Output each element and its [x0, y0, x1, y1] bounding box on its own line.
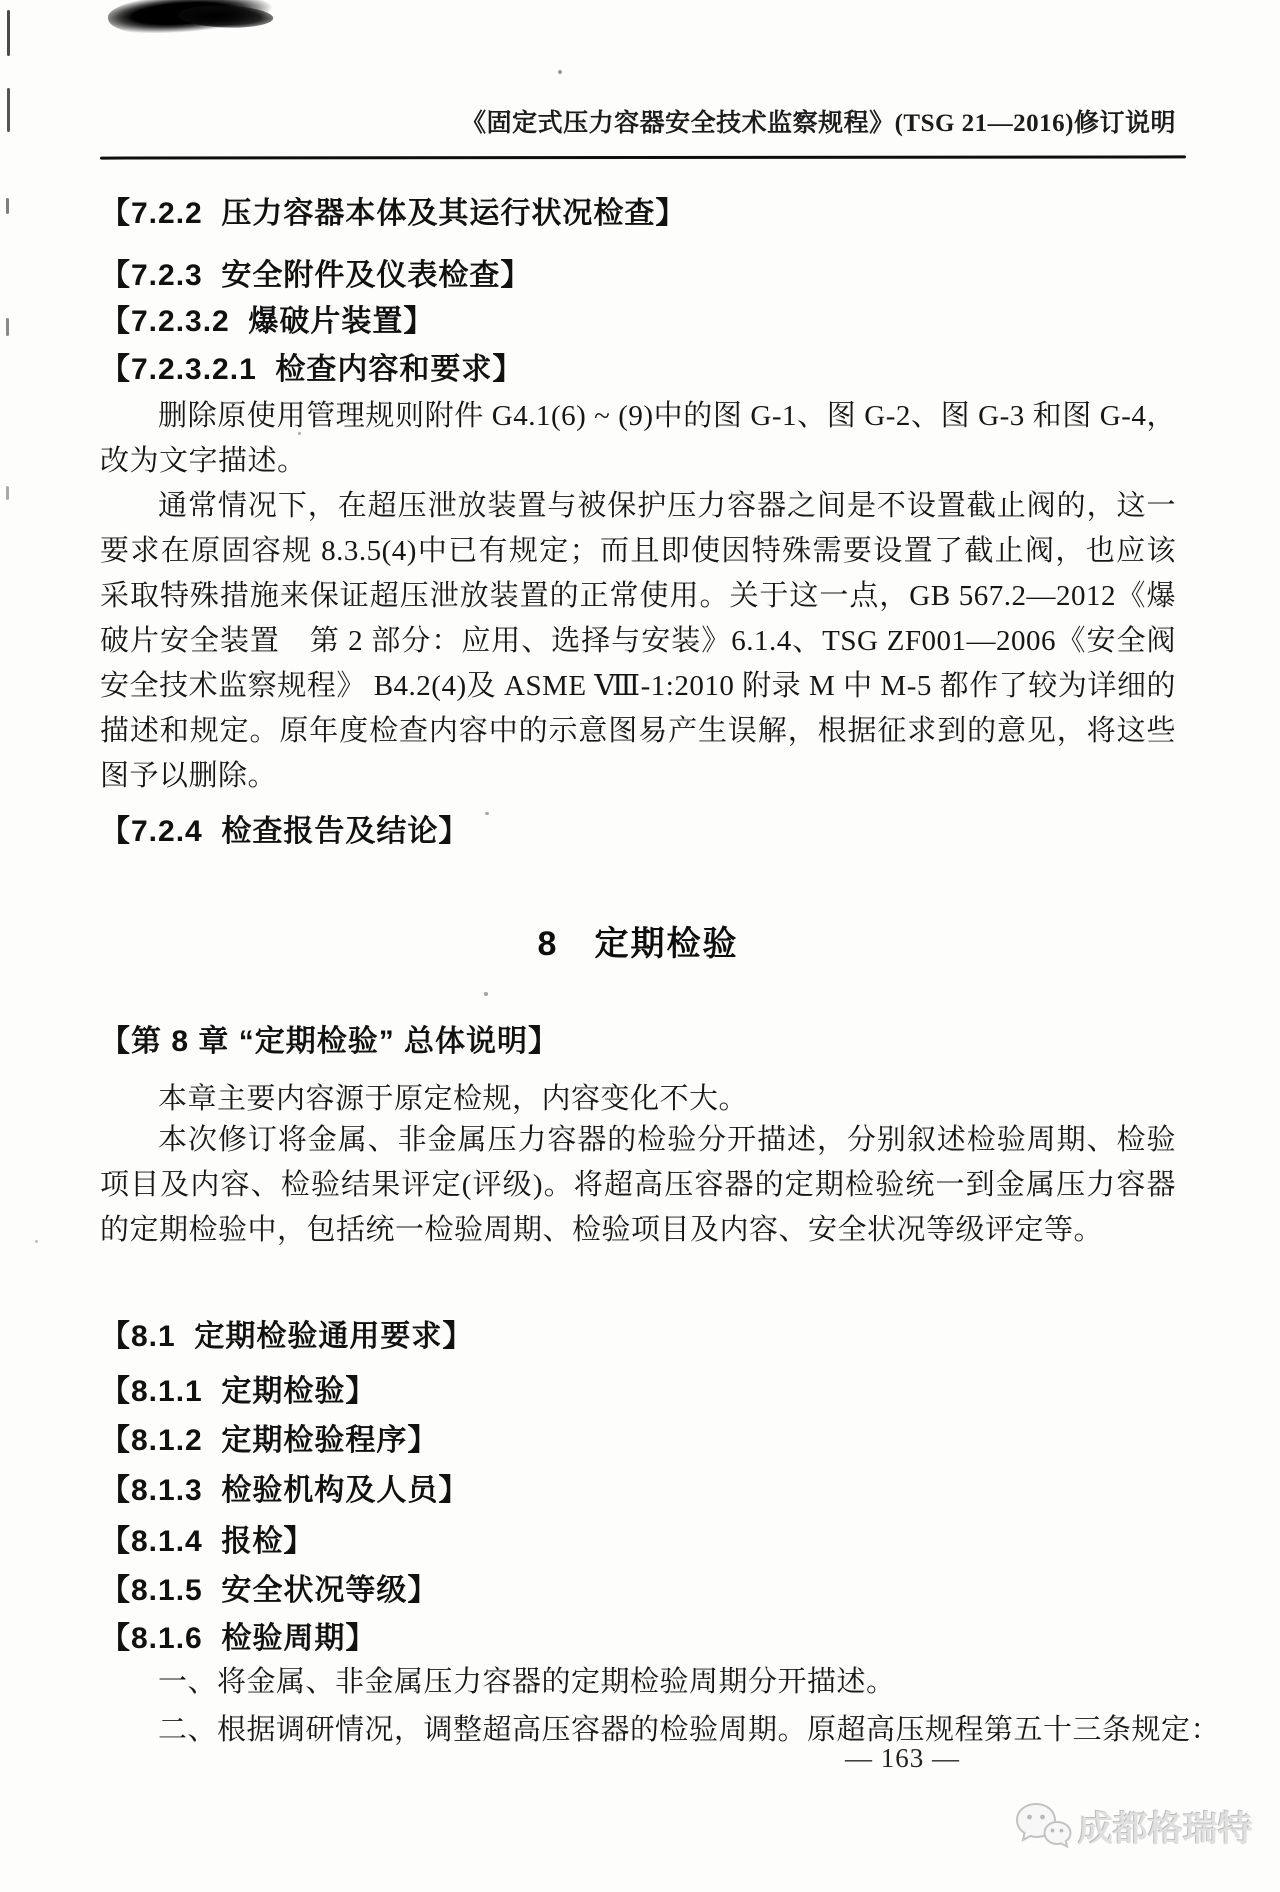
heading-8-1-6: 【8.1.6 检验周期】 [100, 1613, 376, 1657]
scan-tick [6, 486, 9, 500]
page-header-title: 《固定式压力容器安全技术监察规程》(TSG 21—2016)修订说明 [100, 103, 1184, 139]
scan-smudge [107, 0, 275, 42]
heading-7-2-2: 【7.2.2 压力容器本体及其运行状况检查】 [100, 188, 686, 232]
scan-speck [484, 992, 488, 996]
list-item-2: 二、根据调研情况，调整超高压容器的检验周期。原超高压规程第五十三条规定： [100, 1708, 1220, 1753]
header-divider [100, 155, 1186, 159]
wechat-icon [1014, 1800, 1072, 1854]
heading-8-1: 【8.1 定期检验通用要求】 [100, 1311, 473, 1355]
heading-8-1-2: 【8.1.2 定期检验程序】 [100, 1415, 438, 1459]
heading-7-2-3-2: 【7.2.3.2 爆破片装置】 [100, 296, 434, 340]
heading-chapter-8-overview: 【第 8 章 “定期检验” 总体说明】 [100, 1016, 559, 1060]
scanned-page: 《固定式压力容器安全技术监察规程》(TSG 21—2016)修订说明 【7.2.… [0, 0, 1280, 1892]
paragraph-chapter-source: 本章主要内容源于原定检规，内容变化不大。 [100, 1077, 1176, 1122]
heading-8-1-5: 【8.1.5 安全状况等级】 [100, 1565, 438, 1609]
heading-7-2-4: 【7.2.4 检查报告及结论】 [100, 806, 469, 850]
list-item-1: 一、将金属、非金属压力容器的定期检验周期分开描述。 [100, 1660, 896, 1705]
page-number: — 163 — [845, 1743, 960, 1774]
scan-smudge-blob [178, 4, 274, 29]
chapter-8-title: 8 定期检验 [100, 916, 1176, 965]
scan-speck [485, 812, 489, 815]
heading-8-1-3: 【8.1.3 检验机构及人员】 [100, 1465, 469, 1509]
watermark-text: 成都格瑞特 [1078, 1802, 1253, 1852]
scan-tick [6, 318, 9, 336]
heading-8-1-1: 【8.1.1 定期检验】 [100, 1366, 376, 1410]
heading-8-1-4: 【8.1.4 报检】 [100, 1516, 314, 1560]
scan-tick [6, 198, 9, 214]
scan-speck [35, 1240, 38, 1243]
watermark: 成都格瑞特 [1014, 1800, 1253, 1854]
scan-tick [7, 88, 10, 132]
paragraph-delete-figures: 删除原使用管理规则附件 G4.1(6) ~ (9)中的图 G-1、图 G-2、图… [100, 394, 1176, 484]
paragraph-stop-valve: 通常情况下，在超压泄放装置与被保护压力容器之间是不设置截止阀的，这一要求在原固容… [100, 484, 1176, 799]
heading-7-2-3: 【7.2.3 安全附件及仪表检查】 [100, 250, 531, 294]
scan-tick [7, 10, 10, 56]
paragraph-revision: 本次修订将金属、非金属压力容器的检验分开描述，分别叙述检验周期、检验项目及内容、… [100, 1118, 1176, 1253]
heading-7-2-3-2-1: 【7.2.3.2.1 检查内容和要求】 [100, 344, 523, 388]
scan-speck [558, 70, 562, 74]
